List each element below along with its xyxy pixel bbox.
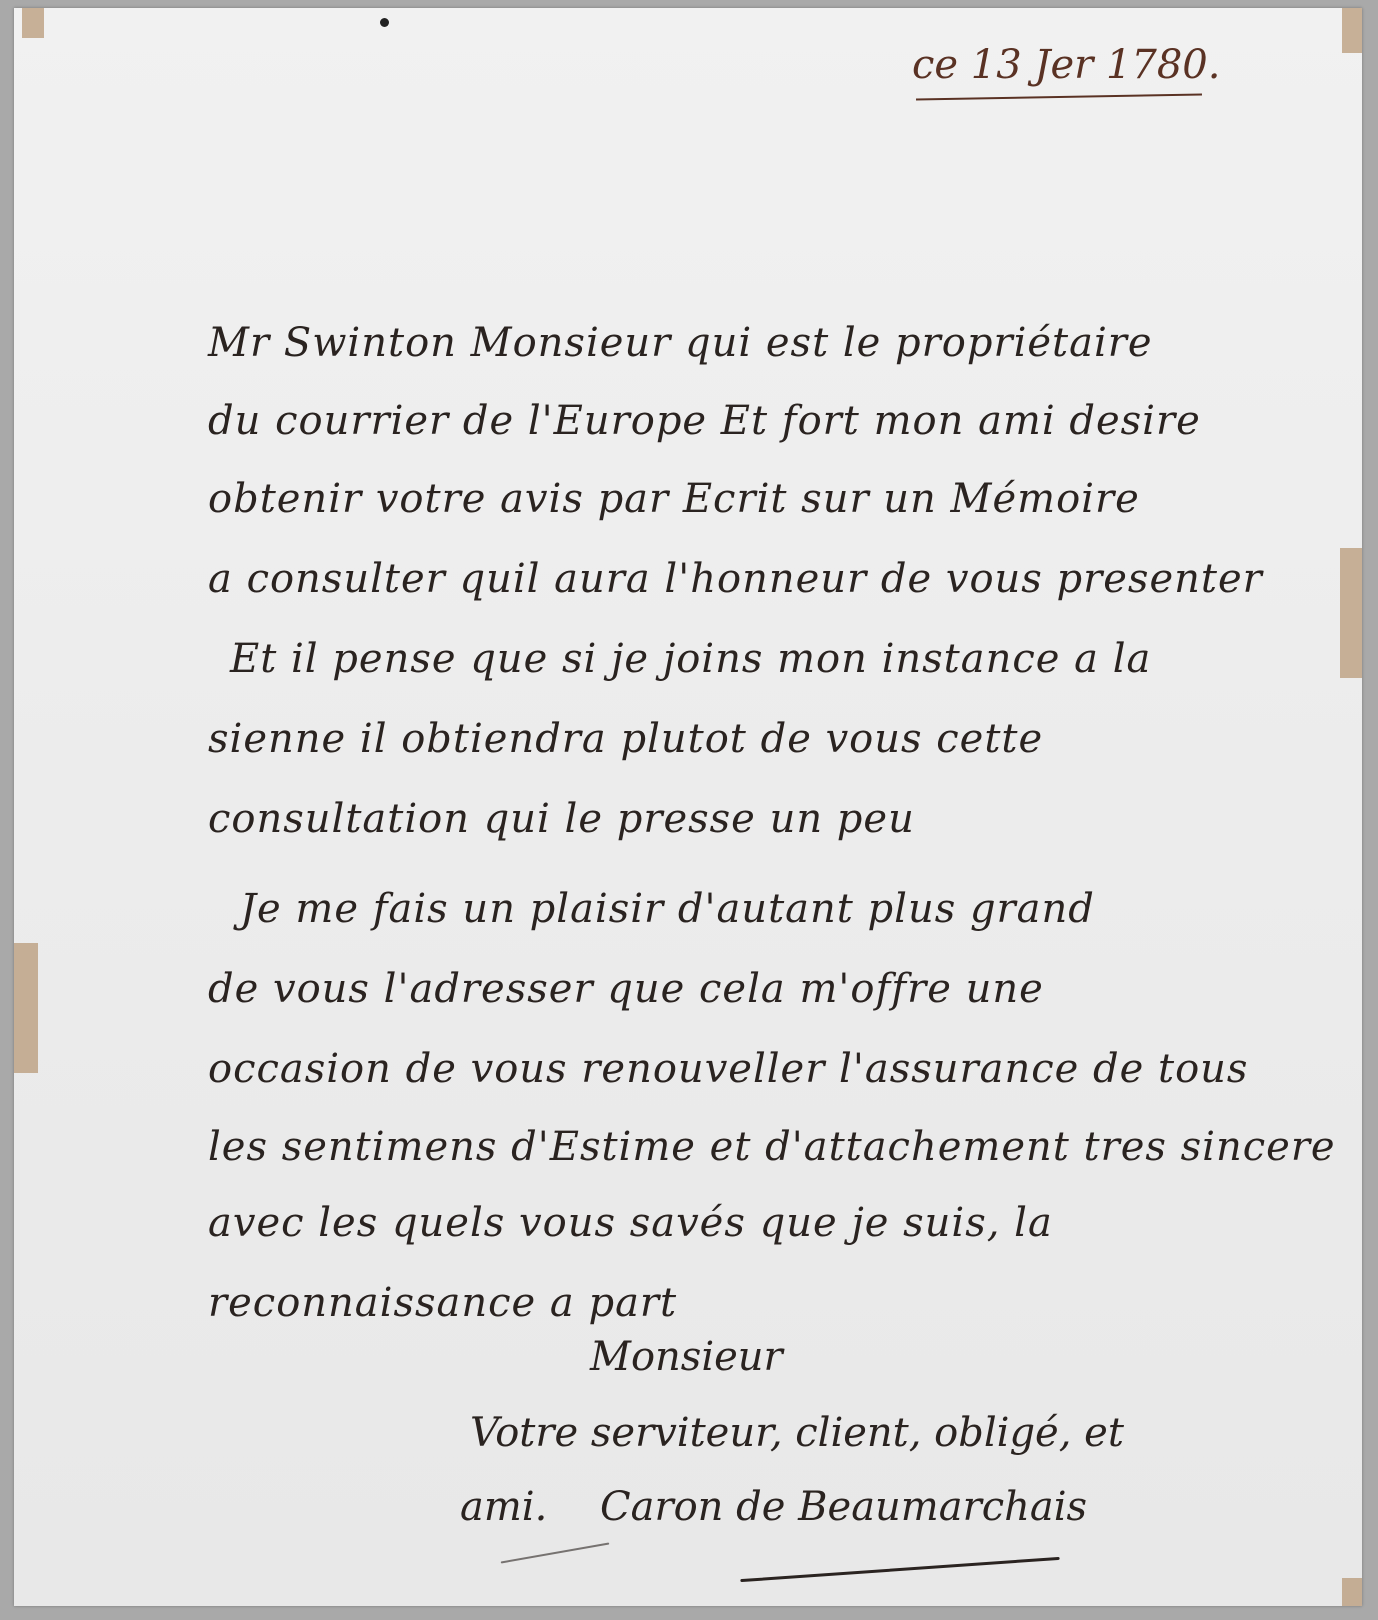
paper-stain — [22, 8, 44, 38]
letter-line: avec les quels vous savés que je suis, l… — [208, 1200, 1053, 1246]
paper-stain — [1342, 1578, 1362, 1606]
letter-line: obtenir votre avis par Ecrit sur un Mémo… — [208, 476, 1140, 522]
letter-line: Et il pense que si je joins mon instance… — [230, 636, 1151, 682]
letter-line: les sentimens d'Estime et d'attachement … — [208, 1124, 1336, 1170]
salutation: Monsieur — [590, 1334, 783, 1380]
letter-line: a consulter quil aura l'honneur de vous … — [208, 556, 1263, 602]
closing-ami: ami. — [460, 1484, 547, 1530]
letter-line: de vous l'adresser que cela m'offre une — [208, 966, 1044, 1012]
paper-stain — [1340, 548, 1362, 678]
paper-stain — [1342, 8, 1362, 53]
letter-line: Mr Swinton Monsieur qui est le propriéta… — [208, 320, 1153, 366]
paper-stain — [14, 943, 38, 1073]
letter-line: du courrier de l'Europe Et fort mon ami … — [208, 398, 1201, 444]
letter-line: sienne il obtiendra plutot de vous cette — [208, 716, 1043, 762]
letter-line: consultation qui le presse un peu — [208, 796, 915, 842]
letter-line: Je me fais un plaisir d'autant plus gran… — [240, 886, 1095, 932]
letter-line: reconnaissance a part — [208, 1280, 677, 1326]
letter-date: ce 13 Jer 1780. — [912, 42, 1220, 88]
signature: Caron de Beaumarchais — [600, 1484, 1087, 1530]
closing: Votre serviteur, client, obligé, et — [470, 1410, 1124, 1456]
ink-dot — [380, 18, 389, 27]
letter-line: occasion de vous renouveller l'assurance… — [208, 1046, 1248, 1092]
